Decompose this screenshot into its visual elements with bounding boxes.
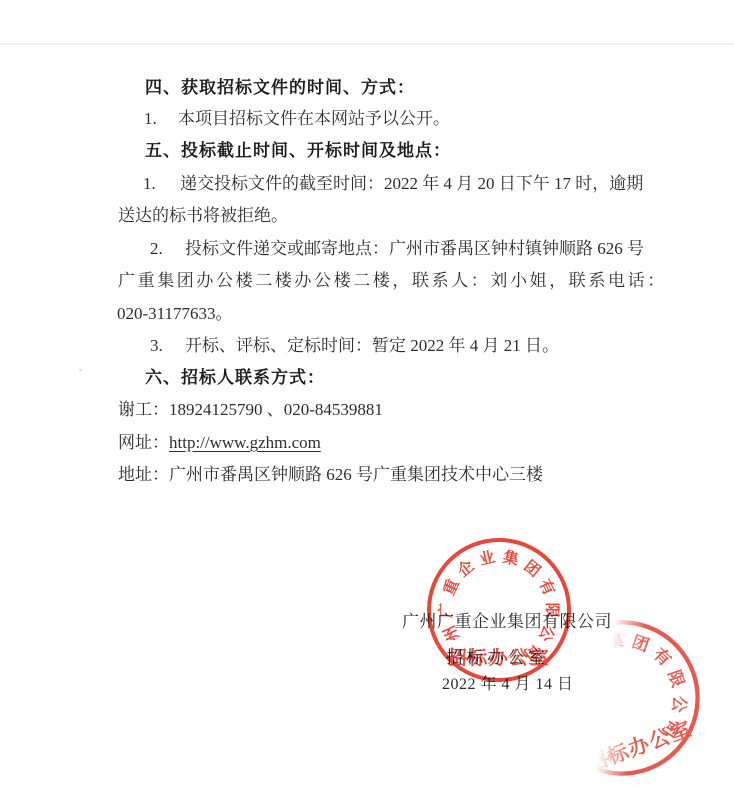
seal-ring-char: 企 <box>559 654 586 681</box>
section-4-item-1-number: 1. <box>144 107 157 131</box>
section-6-heading: 六、招标人联系方式： <box>145 366 325 390</box>
section-5-item-2-line-3: 020-31177633。 <box>117 302 233 326</box>
seal-ring-char: 业 <box>476 547 498 569</box>
company-seal-center-text: 招标办公室 <box>448 643 551 670</box>
seal-ring-char: 有 <box>536 575 560 599</box>
seal-ring-char: 业 <box>577 636 604 663</box>
section-4-heading: 四、获取招标文件的时间、方式： <box>145 76 415 100</box>
seal-ring-char: 集 <box>500 547 522 569</box>
section-5-item-2-line-2: 广重集团办公楼二楼办公楼二楼，联系人：刘小姐，联系电话： <box>118 269 667 293</box>
seal-ring-char: 团 <box>520 555 545 580</box>
website-line: 网址：http://www.gzhm.com <box>118 431 321 455</box>
scan-edge-line <box>0 43 734 45</box>
scanned-tender-document: 四、获取招标文件的时间、方式： 1. 本项目招标文件在本网站予以公开。 五、投标… <box>0 0 734 800</box>
company-seal-partial: 广州广重企业集团有限公司 招标办公室 <box>522 598 721 797</box>
seal-ring-char: 重 <box>438 575 462 599</box>
seal-ring-char: 企 <box>453 555 478 580</box>
company-seal-partial-center-text: 招标办公室 <box>582 713 696 778</box>
section-5-item-3-text: 开标、评标、定标时间：暂定 2022 年 4 月 21 日。 <box>185 334 559 358</box>
section-4-item-1-text: 本项目招标文件在本网站予以公开。 <box>178 107 450 131</box>
website-label: 网址： <box>118 433 169 452</box>
seal-ring-char: 公 <box>669 694 690 715</box>
contact-phone-line: 谢工：18924125790 、020-84539881 <box>118 398 383 422</box>
section-5-item-1-line-1: 递交投标文件的截至时间：2022 年 4 月 20 日下午 17 时，逾期 <box>180 172 643 196</box>
section-5-item-2-line-1: 投标文件递交或邮寄地点：广州市番禺区钟村镇钟顺路 626 号 <box>185 237 644 261</box>
seal-ring-char: 团 <box>628 630 653 655</box>
address-line: 地址：广州市番禺区钟顺路 626 号广重集团技术中心三楼 <box>118 463 543 487</box>
seal-ring-char: 有 <box>649 643 676 670</box>
seal-ring-char: 广 <box>555 706 580 731</box>
company-seal-partial-impression: 广州广重企业集团有限公司 招标办公室 <box>542 618 702 778</box>
section-5-item-3-number: 3. <box>150 334 163 358</box>
section-5-heading: 五、投标截止时间、开标时间及地点： <box>145 139 451 163</box>
seal-ring-char: 限 <box>544 601 562 619</box>
seal-ring-char: 广 <box>436 601 454 619</box>
website-url: http://www.gzhm.com <box>169 433 321 452</box>
seal-ring-char: 限 <box>665 666 690 691</box>
section-5-item-1-number: 1. <box>143 172 156 196</box>
seal-ring-char: 集 <box>604 629 626 651</box>
section-5-item-2-number: 2. <box>150 237 163 261</box>
scan-speck <box>79 369 82 371</box>
section-5-item-1-line-2: 送达的标书将被拒绝。 <box>118 204 288 228</box>
seal-ring-char: 重 <box>553 682 574 703</box>
